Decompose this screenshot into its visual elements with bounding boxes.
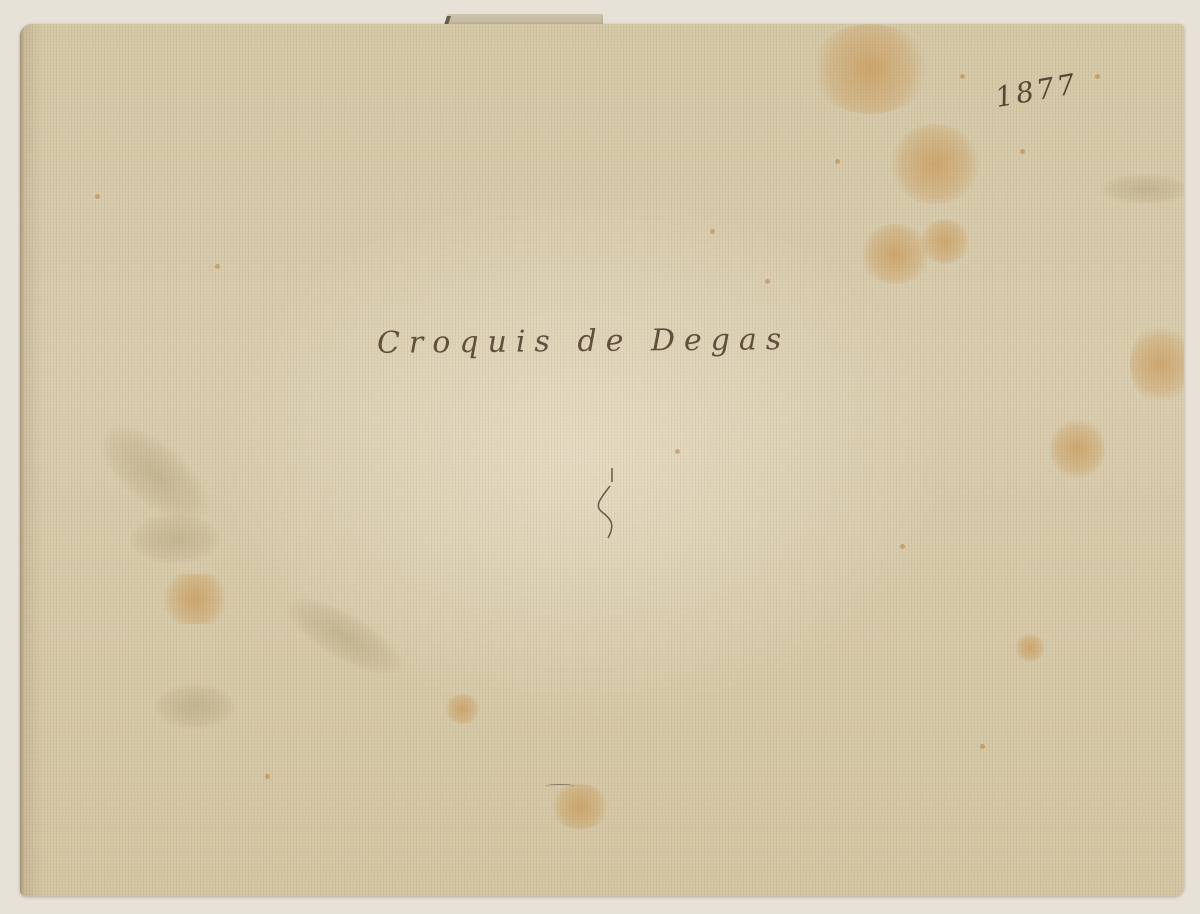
spine-edge: [20, 24, 24, 896]
foxing-dot: [675, 449, 680, 454]
foxing-dot: [1020, 149, 1025, 154]
numeral-mark-icon: [590, 464, 630, 544]
foxing-stain: [860, 224, 930, 284]
foxing-dot: [900, 544, 905, 549]
foxing-stain: [1015, 634, 1045, 662]
foxing-stain: [1130, 324, 1184, 404]
title-inscription: Croquis de Degas: [377, 322, 790, 361]
water-stain: [130, 514, 220, 564]
foxing-dot: [960, 74, 965, 79]
foxing-stain: [890, 124, 980, 204]
pencil-mark: [545, 784, 575, 788]
water-stain: [1100, 174, 1184, 204]
foxing-stain: [1050, 419, 1105, 479]
foxing-stain: [550, 784, 610, 829]
foxing-stain: [160, 574, 230, 624]
foxing-dot: [215, 264, 220, 269]
water-stain: [277, 585, 412, 689]
foxing-dot: [95, 194, 100, 199]
sketchbook-cover: 1877 Croquis de Degas: [20, 24, 1184, 896]
water-stain: [155, 684, 235, 729]
linen-texture: [20, 24, 1184, 896]
year-inscription: 1877: [993, 67, 1081, 114]
foxing-dot: [1095, 74, 1100, 79]
foxing-dot: [835, 159, 840, 164]
foxing-dot: [765, 279, 770, 284]
foxing-dot: [980, 744, 985, 749]
foxing-stain: [810, 24, 930, 114]
foxing-dot: [710, 229, 715, 234]
foxing-dot: [265, 774, 270, 779]
foxing-stain: [920, 219, 970, 264]
foxing-stain: [445, 694, 480, 724]
